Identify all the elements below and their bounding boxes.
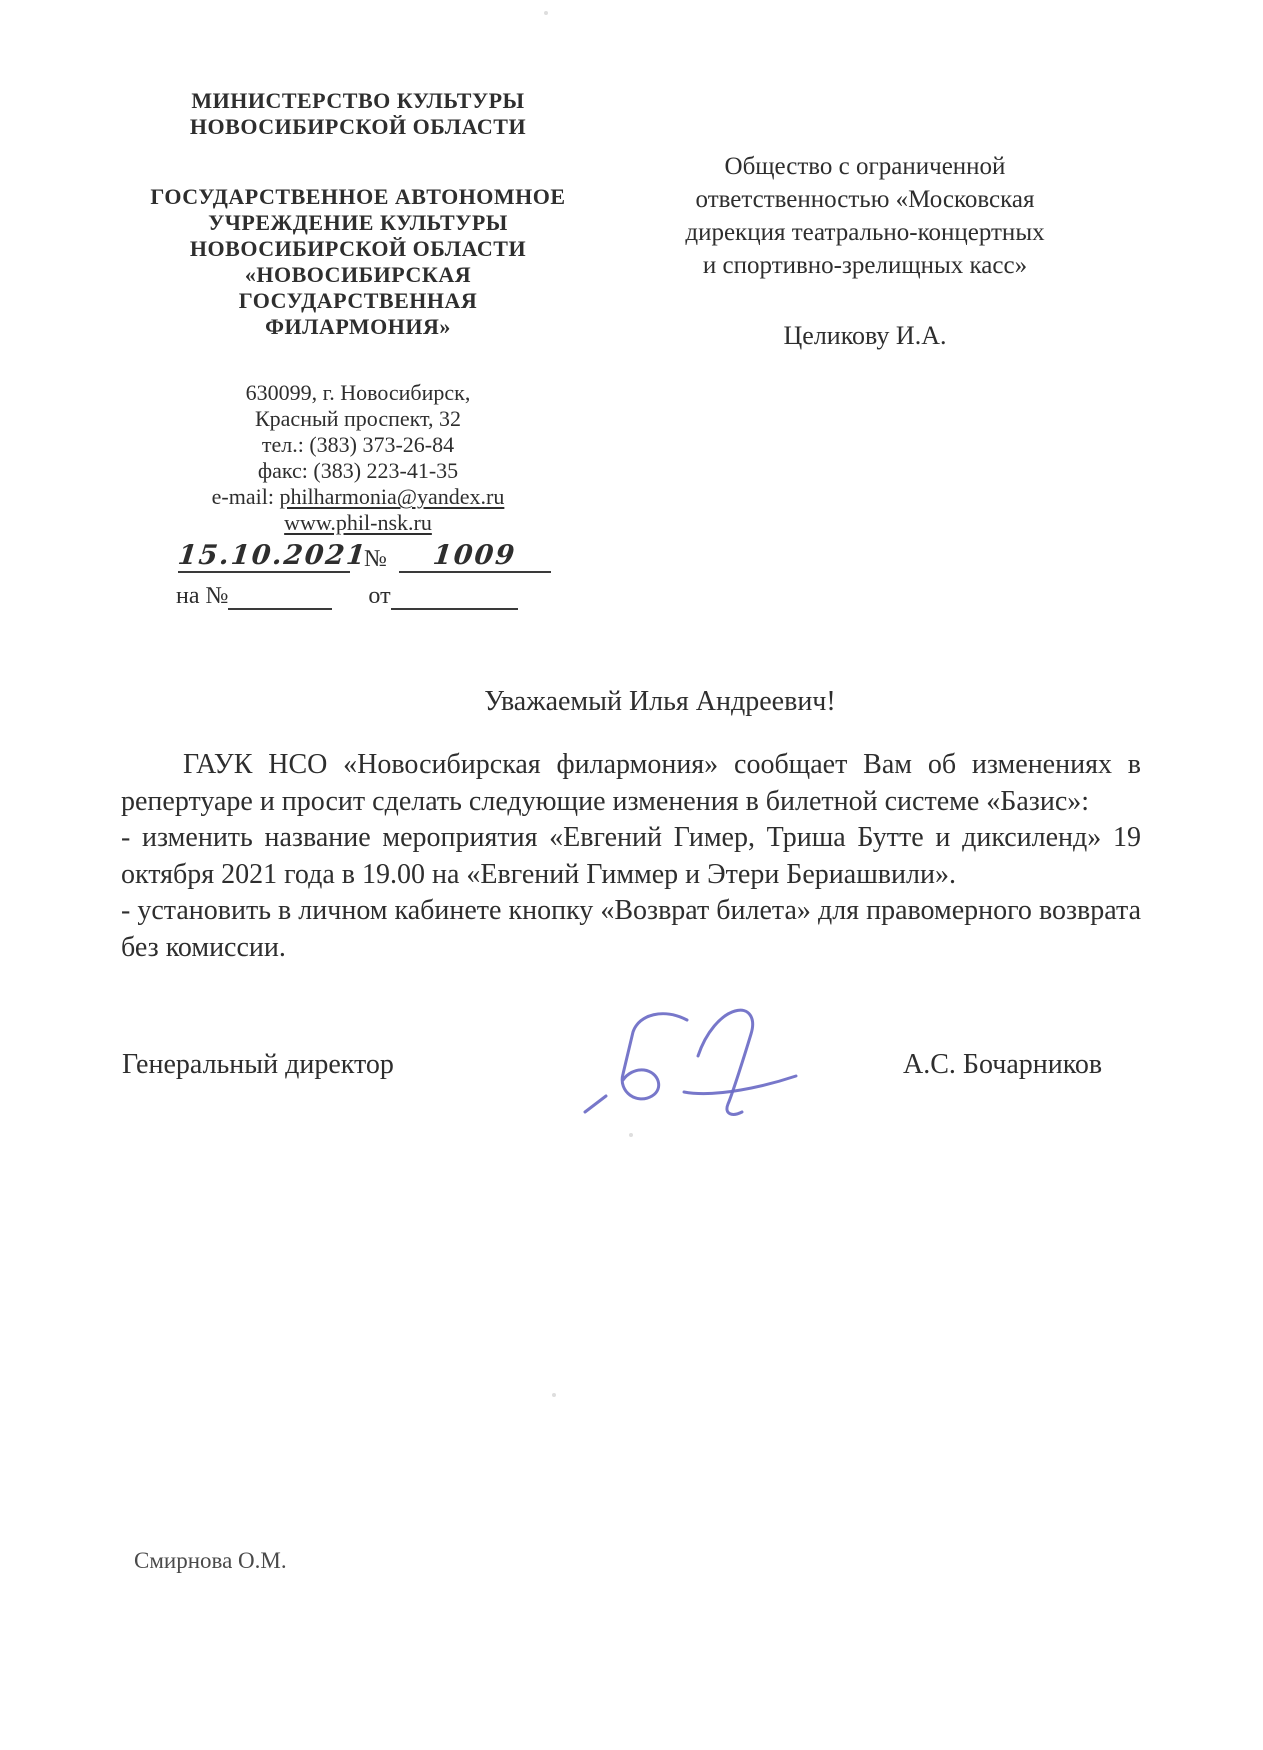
fax-line: факс: (383) 223-41-35: [108, 458, 608, 484]
handwritten-number: 1009: [432, 540, 518, 571]
body-paragraph: ГАУК НСО «Новосибирская филармония» сооб…: [121, 747, 1141, 820]
contact-block: 630099, г. Новосибирск, Красный проспект…: [108, 380, 608, 536]
signatory-title: Генеральный директор: [122, 1049, 394, 1081]
reply-from-label: от: [368, 583, 390, 609]
letterhead-sender: МИНИСТЕРСТВО КУЛЬТУРЫ НОВОСИБИРСКОЙ ОБЛА…: [108, 88, 608, 340]
reply-prefix: на №: [176, 583, 228, 609]
recipient-organization-line: дирекция театрально-концертных: [622, 216, 1108, 249]
ministry-line: НОВОСИБИРСКОЙ ОБЛАСТИ: [108, 114, 608, 140]
date-field: 15.10.2021: [178, 540, 350, 573]
letter-body: ГАУК НСО «Новосибирская филармония» сооб…: [121, 747, 1141, 966]
email-address: philharmonia@yandex.ru: [279, 484, 504, 509]
handwritten-signature: [560, 990, 800, 1120]
email-line: e-mail: philharmonia@yandex.ru: [108, 484, 608, 510]
phone-line: тел.: (383) 373-26-84: [108, 432, 608, 458]
handwritten-date: 15.10.2021: [176, 540, 368, 571]
ministry-name: МИНИСТЕРСТВО КУЛЬТУРЫ НОВОСИБИРСКОЙ ОБЛА…: [108, 88, 608, 140]
organization-name: ГОСУДАРСТВЕННОЕ АВТОНОМНОЕ УЧРЕЖДЕНИЕ КУ…: [108, 184, 608, 340]
salutation: Уважаемый Илья Андреевич!: [120, 686, 1200, 718]
organization-line: ГОСУДАРСТВЕННОЕ АВТОНОМНОЕ: [108, 184, 608, 210]
reference-date-number-row: 15.10.2021 № 1009: [178, 540, 551, 573]
reference-reply-row: на № от: [176, 582, 518, 610]
recipient-organization-line: Общество с ограниченной: [622, 150, 1108, 183]
recipient-person: Целикову И.А.: [622, 319, 1108, 352]
email-label: e-mail:: [212, 484, 280, 509]
organization-line: УЧРЕЖДЕНИЕ КУЛЬТУРЫ: [108, 210, 608, 236]
body-paragraph: - установить в личном кабинете кнопку «В…: [121, 893, 1141, 966]
address-line: Красный проспект, 32: [108, 406, 608, 432]
executor-name: Смирнова О.М.: [134, 1548, 287, 1574]
scanned-letter-page: МИНИСТЕРСТВО КУЛЬТУРЫ НОВОСИБИРСКОЙ ОБЛА…: [0, 0, 1263, 1750]
website-url: www.phil-nsk.ru: [284, 510, 432, 535]
recipient-organization-line: и спортивно-зрелищных касс»: [622, 249, 1108, 282]
scan-speck: [544, 11, 548, 15]
organization-line: ФИЛАРМОНИЯ»: [108, 314, 608, 340]
recipient-organization: Общество с ограниченной ответственностью…: [622, 150, 1108, 282]
signatory-name: А.С. Бочарников: [903, 1049, 1102, 1081]
scan-speck: [552, 1393, 556, 1397]
body-paragraph: - изменить название мероприятия «Евгений…: [121, 820, 1141, 893]
address-line: 630099, г. Новосибирск,: [108, 380, 608, 406]
number-field: 1009: [399, 540, 551, 573]
organization-line: НОВОСИБИРСКОЙ ОБЛАСТИ: [108, 236, 608, 262]
reply-number-field: [228, 582, 332, 610]
recipient-block: Общество с ограниченной ответственностью…: [622, 150, 1108, 352]
organization-line: «НОВОСИБИРСКАЯ: [108, 262, 608, 288]
website-line: www.phil-nsk.ru: [108, 510, 608, 536]
recipient-organization-line: ответственностью «Московская: [622, 183, 1108, 216]
ministry-line: МИНИСТЕРСТВО КУЛЬТУРЫ: [108, 88, 608, 114]
reply-date-field: [391, 582, 518, 610]
organization-line: ГОСУДАРСТВЕННАЯ: [108, 288, 608, 314]
scan-speck: [629, 1133, 633, 1137]
